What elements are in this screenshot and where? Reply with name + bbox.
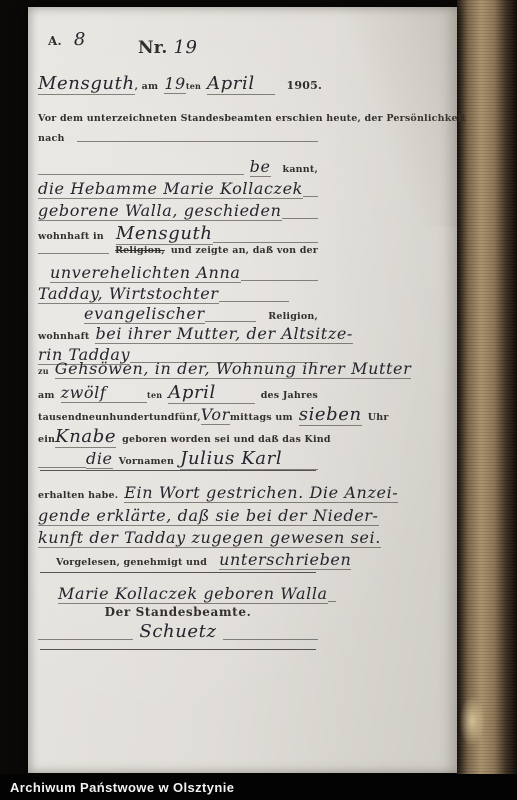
birth-day-handwritten: zwölf xyxy=(61,383,147,403)
section-rule-2 xyxy=(40,572,316,573)
time-prefix-handwritten: Vor xyxy=(201,405,230,425)
declarant-line-2: geborene Walla, geschieden xyxy=(38,201,318,221)
closing-note-line-2: gende erklärte, daß sie bei der Nieder- xyxy=(38,506,338,526)
blank-underline xyxy=(38,637,133,640)
received-label: erhalten habe. xyxy=(38,490,118,501)
blank-underline xyxy=(328,599,336,602)
scanned-register-photo: A. 8 Nr. 19 Mensguth , am 19 ten April 1… xyxy=(0,0,517,800)
declarant-signature-line: Marie Kollaczek geboren Walla xyxy=(58,584,308,604)
child-sex-line: ein Knabe geboren worden sei und daß das… xyxy=(38,426,318,448)
declarant-handwritten: die Hebamme Marie Kollaczek xyxy=(38,179,303,199)
am-label: am xyxy=(38,390,55,401)
birthplace-label: zu xyxy=(38,366,49,376)
child-sex-handwritten: Knabe xyxy=(55,426,116,448)
year-label: 1905. xyxy=(287,79,322,92)
notice-text: und zeigte an, daß von der xyxy=(171,245,318,256)
declarant-signature: Marie Kollaczek geboren Walla xyxy=(58,584,328,604)
known-handwritten: be xyxy=(250,157,271,177)
record-number-label: Nr. xyxy=(138,38,167,58)
ten-label: ten xyxy=(147,390,162,400)
form-letter: A. xyxy=(48,34,62,48)
mother-residence-handwritten: bei ihrer Mutter, der Altsitze- xyxy=(95,324,352,344)
born-text: geboren worden sei und daß das Kind xyxy=(122,434,331,445)
mother-line-2: Tadday, Wirtstochter xyxy=(38,284,318,304)
mother-religion-line: evangelischer Religion, xyxy=(38,304,318,324)
mittags-label: mittags um xyxy=(230,412,293,423)
given-names-handwritten: Julius Karl xyxy=(180,448,318,470)
page-edge-highlight xyxy=(459,696,485,746)
blank-underline xyxy=(282,216,319,219)
hour-handwritten: sieben xyxy=(299,404,362,426)
nach-label: nach xyxy=(38,133,65,144)
blank-underline xyxy=(219,299,289,302)
year-intro-label: des Jahres xyxy=(261,390,318,401)
approval-line: Vorgelesen, genehmigt und unterschrieben xyxy=(38,550,318,570)
mother-residence-line: wohnhaft bei ihrer Mutter, der Altsitze- xyxy=(38,324,330,344)
book-fore-edge xyxy=(457,0,517,774)
known-line: be kannt, xyxy=(38,157,318,177)
ten-label: ten xyxy=(186,81,201,91)
mother-line-1: unverehelichten Anna xyxy=(50,263,318,283)
closing-note-line-3: kunft der Tadday zugegen gewesen sei. xyxy=(38,528,338,548)
vornamen-label: Vornamen xyxy=(119,456,175,467)
religion-notice-line: Religion, und zeigte an, daß von der xyxy=(38,245,318,256)
declarant-line-1: die Hebamme Marie Kollaczek xyxy=(38,179,318,199)
section-rule xyxy=(40,470,316,471)
die-handwritten: die xyxy=(86,449,113,469)
note-handwritten-1: Ein Wort gestrichen. Die Anzei- xyxy=(124,483,398,503)
birthdate-line: am zwölf ten April des Jahres xyxy=(38,382,318,404)
residence-label: wohnhaft in xyxy=(38,231,104,242)
religion-struck-label: Religion, xyxy=(115,245,165,256)
residence-handwritten: Mensguth xyxy=(116,223,213,245)
blank-underline xyxy=(223,637,318,640)
page-edge-texture xyxy=(457,0,517,774)
uhr-label: Uhr xyxy=(368,412,389,423)
closing-note-line-1: erhalten habe. Ein Wort gestrichen. Die … xyxy=(38,483,338,503)
blank-underline xyxy=(241,278,319,281)
mother-handwritten-1: unverehelichten Anna xyxy=(50,263,241,283)
birthplace-line: zu Gehsöwen, in der, Wohnung ihrer Mutte… xyxy=(38,359,334,379)
birth-month-handwritten: April xyxy=(168,382,254,404)
residence-line: wohnhaft in Mensguth xyxy=(38,223,318,245)
intro-line-2: nach xyxy=(38,133,318,144)
approval-label: Vorgelesen, genehmigt und xyxy=(56,557,207,568)
intro-text: Vor dem unterzeichneten Standesbeamten e… xyxy=(38,113,318,124)
ein-label: ein xyxy=(38,434,55,445)
blank-underline xyxy=(77,139,318,142)
blank-underline xyxy=(38,465,86,468)
record-number-line: Nr. 19 xyxy=(138,37,258,58)
birthtime-line: tausendneunhundertundfünf, Vor mittags u… xyxy=(38,404,318,426)
mother-handwritten-2: Tadday, Wirtstochter xyxy=(38,284,219,304)
document-page: A. 8 Nr. 19 Mensguth , am 19 ten April 1… xyxy=(28,7,457,773)
registrar-signature: Schuetz xyxy=(139,621,216,642)
birthplace-handwritten: Gehsöwen, in der, Wohnung ihrer Mutter xyxy=(55,359,412,379)
declarant-handwritten-2: geborene Walla, geschieden xyxy=(38,201,282,221)
month-handwritten: April xyxy=(207,73,275,95)
registrar-signature-line: Schuetz xyxy=(38,621,318,642)
registrar-title-line: Der Standesbeamte. xyxy=(38,605,318,619)
page-number-handwritten: 8 xyxy=(74,29,86,50)
place-handwritten: Mensguth xyxy=(38,73,135,95)
blank-underline xyxy=(205,319,257,322)
am-label: , am xyxy=(135,81,159,92)
day-handwritten: 19 xyxy=(164,74,186,94)
year-printed: tausendneunhundertundfünf, xyxy=(38,412,201,423)
blank-underline xyxy=(303,194,318,197)
registrar-title: Der Standesbeamte. xyxy=(105,605,252,619)
intro-line-1: Vor dem unterzeichneten Standesbeamten e… xyxy=(38,113,318,124)
note-handwritten-3: kunft der Tadday zugegen gewesen sei. xyxy=(38,528,381,548)
religion-label: Religion, xyxy=(268,311,318,322)
mother-religion-handwritten: evangelischer xyxy=(84,304,205,324)
approval-handwritten: unterschrieben xyxy=(219,550,351,570)
section-rule-3 xyxy=(40,649,316,650)
blank-underline xyxy=(38,172,244,175)
archive-footer-bar: Archiwum Państwowe w Olsztynie xyxy=(0,774,517,800)
dateline: Mensguth , am 19 ten April 1905. xyxy=(38,73,322,95)
mother-residence-label: wohnhaft xyxy=(38,331,89,342)
names-line: die Vornamen Julius Karl xyxy=(38,448,318,470)
note-handwritten-2: gende erklärte, daß sie bei der Nieder- xyxy=(38,506,379,526)
record-number-value: 19 xyxy=(173,37,197,58)
archive-name: Archiwum Państwowe w Olsztynie xyxy=(10,780,234,795)
known-printed: kannt, xyxy=(283,164,318,175)
blank-underline xyxy=(213,240,318,243)
blank-underline xyxy=(38,251,109,254)
